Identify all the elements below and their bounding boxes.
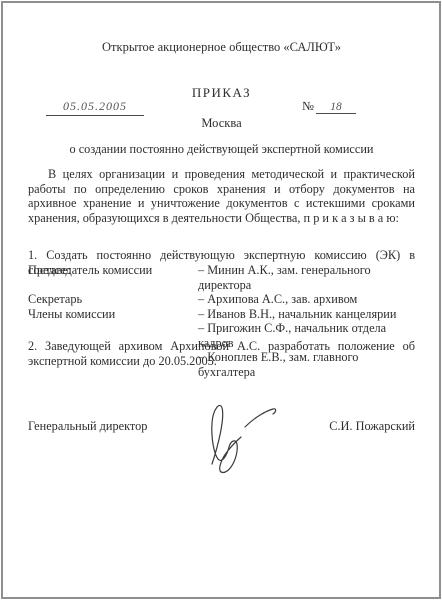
number-field: №18 <box>302 99 356 115</box>
member-role: Секретарь <box>28 292 198 307</box>
signature-stroke <box>212 405 241 472</box>
member-role: Члены комиссии <box>28 307 198 322</box>
order-item-2: 2. Заведующей архивом Архиповой А.С. раз… <box>28 339 415 368</box>
member-row: Председатель комиссии – Минин А.К., зам.… <box>28 263 415 292</box>
preamble-paragraph: В целях организации и проведения методич… <box>28 167 415 225</box>
document-page: Открытое акционерное общество «САЛЮТ» ПР… <box>0 0 442 600</box>
signature-mark <box>198 396 286 474</box>
date-value: 05.05.2005 <box>63 99 127 113</box>
member-row: Секретарь – Архипова А.С., зав. архивом <box>28 292 415 307</box>
member-person: – Архипова А.С., зав. архивом <box>198 292 415 307</box>
city-line: Москва <box>28 116 415 131</box>
signatory-name: С.И. Пожарский <box>329 419 415 434</box>
member-person: – Иванов В.Н., начальник канцелярии <box>198 307 415 322</box>
subject-line: о создании постоянно действующей эксперт… <box>28 142 415 157</box>
number-sign: № <box>302 99 314 113</box>
number-value: 18 <box>316 101 356 114</box>
member-role: Председатель комиссии <box>28 263 198 292</box>
member-row: Члены комиссии – Иванов В.Н., начальник … <box>28 307 415 322</box>
signature-flourish <box>245 409 276 427</box>
signatory-position: Генеральный директор <box>28 419 147 434</box>
member-person: – Минин А.К., зам. генерального директор… <box>198 263 415 292</box>
org-name: Открытое акционерное общество «САЛЮТ» <box>28 40 415 55</box>
date-field: 05.05.2005 <box>46 99 144 116</box>
